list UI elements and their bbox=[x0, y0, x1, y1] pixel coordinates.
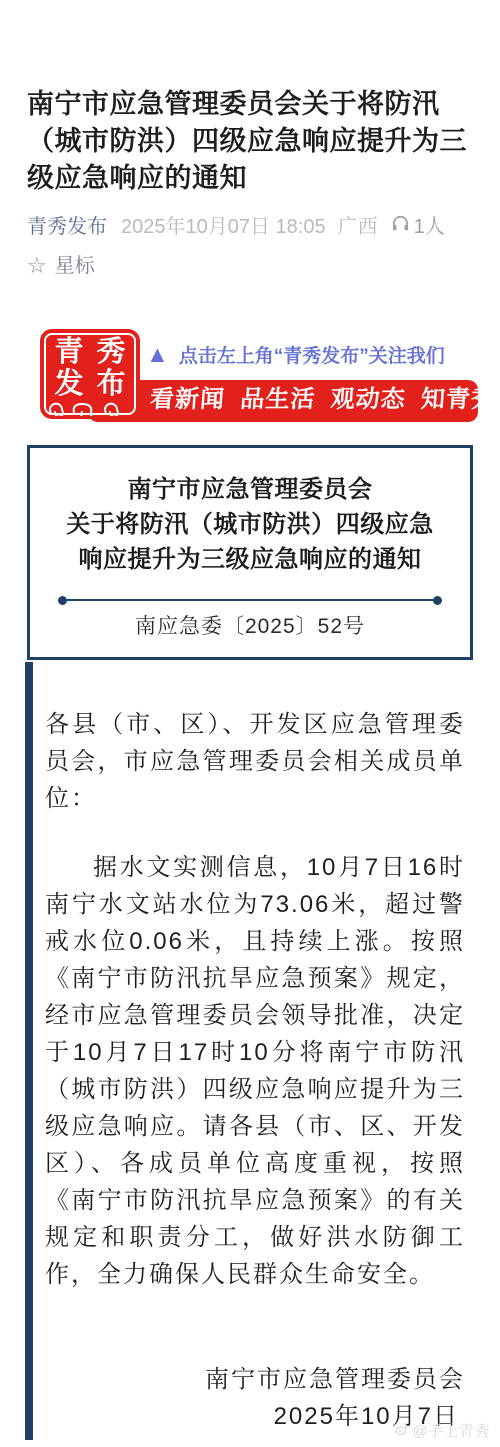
notice-title-line: 南宁市应急管理委员会 bbox=[42, 472, 458, 507]
weibo-icon bbox=[394, 1421, 412, 1442]
listen-count[interactable]: 1人 bbox=[390, 213, 445, 240]
follow-text: 点击左上角“青秀发布”关注我们 bbox=[179, 341, 445, 368]
notice-title-line: 关于将防汛（城市防洪）四级应急 bbox=[42, 507, 458, 542]
triangle-icon: ▲ bbox=[146, 343, 169, 366]
headset-icon bbox=[390, 213, 414, 240]
star-label: 星标 bbox=[55, 253, 95, 279]
divider bbox=[58, 595, 442, 605]
star-icon: ☆ bbox=[27, 253, 47, 279]
left-accent-bar bbox=[25, 662, 33, 1440]
watermark: @手上青秀 bbox=[394, 1421, 490, 1442]
seal-char: 发 bbox=[48, 369, 90, 400]
seal-char: 秀 bbox=[90, 337, 132, 368]
banner-image[interactable]: 看新闻 品生活 观动态 知青秀 青 秀 发 布 ▲ 点击左上角“青秀发布”关注我… bbox=[0, 329, 500, 422]
divider-line bbox=[67, 599, 433, 601]
document-number: 南应急委〔2025〕52号 bbox=[42, 613, 458, 641]
seal-char: 青 bbox=[48, 337, 90, 368]
listen-count-label: 1人 bbox=[414, 215, 445, 239]
star-button[interactable]: ☆ 星标 bbox=[27, 253, 473, 279]
watermark-text: @手上青秀 bbox=[412, 1423, 490, 1441]
publish-datetime: 2025年10月07日 18:05 bbox=[121, 215, 326, 239]
notice-card-title: 南宁市应急管理委员会 关于将防汛（城市防洪）四级应急 响应提升为三级应急响应的通… bbox=[42, 472, 458, 577]
banner-follow-hint: ▲ 点击左上角“青秀发布”关注我们 bbox=[146, 341, 445, 368]
signature: 南宁市应急管理委员会 bbox=[45, 1361, 465, 1398]
notice-title-line: 响应提升为三级应急响应的通知 bbox=[42, 542, 458, 577]
salutation: 各县（市、区）、开发区应急管理委员会，市应急管理委员会相关成员单位： bbox=[45, 706, 465, 817]
seal-characters: 青 秀 发 布 bbox=[48, 336, 132, 400]
author-link[interactable]: 青秀发布 bbox=[27, 215, 107, 239]
divider-dot bbox=[58, 596, 67, 605]
article-title: 南宁市应急管理委员会关于将防汛（城市防洪）四级应急响应提升为三级应急响应的通知 bbox=[0, 0, 500, 197]
divider-dot bbox=[433, 596, 442, 605]
seal-char: 布 bbox=[90, 369, 132, 400]
notice-card: 南宁市应急管理委员会 关于将防汛（城市防洪）四级应急 响应提升为三级应急响应的通… bbox=[27, 445, 473, 660]
qingxiu-seal-logo: 青 秀 发 布 bbox=[40, 329, 140, 419]
banner-slogan: 看新闻 品生活 观动态 知青秀 bbox=[149, 385, 471, 415]
publish-location: 广西 bbox=[338, 215, 378, 239]
article-meta: 青秀发布 2025年10月07日 18:05 广西 1人 bbox=[27, 213, 473, 240]
notice-body: 各县（市、区）、开发区应急管理委员会，市应急管理委员会相关成员单位： 据水文实测… bbox=[0, 706, 500, 1435]
seal-wave-decoration bbox=[48, 400, 132, 416]
article-page: 南宁市应急管理委员会关于将防汛（城市防洪）四级应急响应提升为三级应急响应的通知 … bbox=[0, 0, 500, 1447]
notice-paragraph: 据水文实测信息，10月7日16时南宁水文站水位为73.06米，超过警戒水位0.0… bbox=[45, 849, 465, 1293]
